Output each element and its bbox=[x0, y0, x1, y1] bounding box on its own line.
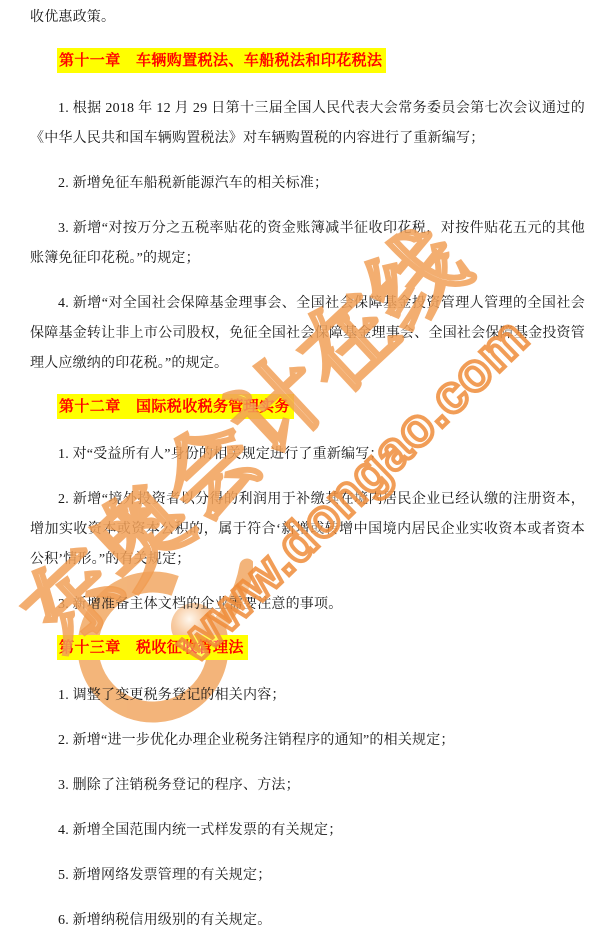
chapter-heading-row: 第十二章 国际税收税务管理实务 bbox=[30, 394, 585, 419]
body-paragraph: 2. 新增“境外投资者以分得的利润用于补缴其在境内居民企业已经认缴的注册资本，增… bbox=[30, 485, 585, 575]
body-paragraph: 1. 调整了变更税务登记的相关内容； bbox=[30, 681, 585, 711]
chapter-section: 第十一章 车辆购置税法、车船税法和印花税法 1. 根据 2018 年 12 月 … bbox=[30, 48, 585, 379]
chapter-sections: 第十一章 车辆购置税法、车船税法和印花税法 1. 根据 2018 年 12 月 … bbox=[30, 48, 585, 934]
chapter-section: 第十三章 税收征收管理法 1. 调整了变更税务登记的相关内容；2. 新增“进一步… bbox=[30, 635, 585, 934]
chapter-heading-row: 第十一章 车辆购置税法、车船税法和印花税法 bbox=[30, 48, 585, 73]
chapter-section: 第十二章 国际税收税务管理实务 1. 对“受益所有人”身份的相关规定进行了重新编… bbox=[30, 394, 585, 620]
body-paragraph: 3. 新增准备主体文档的企业需要注意的事项。 bbox=[30, 590, 585, 620]
body-paragraph: 4. 新增“对全国社会保障基金理事会、全国社会保障基金投资管理人管理的全国社会保… bbox=[30, 289, 585, 379]
chapter-heading: 第十三章 税收征收管理法 bbox=[57, 635, 248, 660]
body-paragraph: 2. 新增“进一步优化办理企业税务注销程序的通知”的相关规定； bbox=[30, 726, 585, 756]
body-paragraph: 2. 新增免征车船税新能源汽车的相关标准； bbox=[30, 169, 585, 199]
chapter-heading: 第十一章 车辆购置税法、车船税法和印花税法 bbox=[57, 48, 386, 73]
body-paragraph: 4. 新增全国范围内统一式样发票的有关规定； bbox=[30, 816, 585, 846]
body-paragraph: 1. 根据 2018 年 12 月 29 日第十三届全国人民代表大会常务委员会第… bbox=[30, 94, 585, 154]
body-paragraph: 3. 新增“对按万分之五税率贴花的资金账簿减半征收印花税，对按件贴花五元的其他账… bbox=[30, 214, 585, 274]
chapter-heading-row: 第十三章 税收征收管理法 bbox=[30, 635, 585, 660]
document-content: 收优惠政策。 第十一章 车辆购置税法、车船税法和印花税法 1. 根据 2018 … bbox=[0, 0, 615, 934]
body-paragraph: 6. 新增纳税信用级别的有关规定。 bbox=[30, 906, 585, 934]
body-paragraph: 5. 新增网络发票管理的有关规定； bbox=[30, 861, 585, 891]
intro-paragraph: 收优惠政策。 bbox=[30, 3, 585, 33]
chapter-heading: 第十二章 国际税收税务管理实务 bbox=[57, 394, 294, 419]
document-page: 收优惠政策。 第十一章 车辆购置税法、车船税法和印花税法 1. 根据 2018 … bbox=[0, 0, 615, 934]
body-paragraph: 1. 对“受益所有人”身份的相关规定进行了重新编写； bbox=[30, 440, 585, 470]
body-paragraph: 3. 删除了注销税务登记的程序、方法； bbox=[30, 771, 585, 801]
